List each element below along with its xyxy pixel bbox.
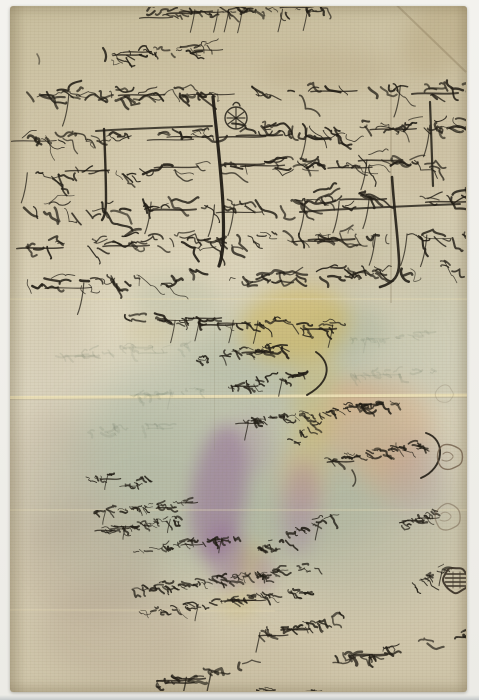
mid-line-c [236, 401, 401, 440]
bottom-bold-line [333, 624, 479, 667]
small-block-line-2 [95, 516, 182, 539]
bleedthrough-5 [130, 388, 204, 409]
left-mark-2 [120, 476, 152, 489]
mid-line-a [197, 343, 289, 365]
small-tick [37, 54, 39, 64]
body-line-7 [125, 313, 346, 347]
mid-line-d [288, 422, 322, 445]
body-line-5 [17, 225, 472, 266]
ink-root-group [10, 2, 479, 700]
comma-mark [103, 48, 106, 61]
bottom-left-cluster [156, 660, 260, 697]
diagonal-line-h [258, 515, 339, 554]
ink-calligraphy-layer [0, 0, 479, 700]
document-scan [0, 0, 479, 700]
scanner-edge-shadow [0, 695, 479, 700]
body-line-3 [21, 149, 445, 203]
small-block-line-3 [133, 537, 240, 553]
signature-line-2 [400, 509, 440, 529]
round-seal-bottom [443, 568, 469, 593]
bottom-line-3 [256, 612, 344, 652]
body-line-6 [27, 261, 479, 315]
long-vertical-stroke-4 [430, 102, 433, 186]
bleedthrough-3 [88, 424, 175, 438]
left-mark-1 [86, 473, 121, 489]
bottom-line-2 [139, 589, 313, 621]
mid-line-e [325, 441, 429, 469]
header-line-2 [111, 39, 222, 67]
round-seal-top [437, 444, 462, 469]
bleedthrough-4 [350, 331, 436, 353]
body-line-2 [10, 116, 479, 160]
bottom-line-1 [133, 564, 322, 597]
mid-line-b [228, 372, 308, 397]
bleedthrough-1 [56, 341, 191, 361]
body-line-4 [24, 183, 479, 236]
hook-mark [352, 470, 356, 486]
hatched-circle-glyph [225, 102, 247, 129]
seal-ghost [435, 385, 453, 402]
flourish-curve-mid [307, 352, 327, 395]
round-seal-middle [435, 504, 460, 531]
bleedthrough-2 [351, 367, 436, 385]
header-line-1 [140, 2, 331, 32]
